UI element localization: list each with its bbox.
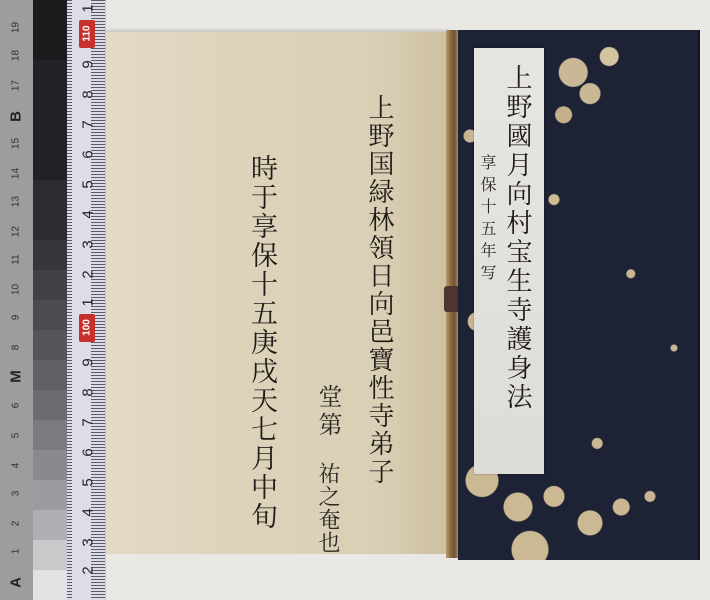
cover-subtitle: 享保十五年写 [478, 154, 496, 286]
scale-number: 8 [11, 336, 22, 360]
gray-patch [33, 390, 67, 420]
gray-patch [33, 540, 67, 570]
ruler-number: 6 [80, 444, 97, 462]
gray-patch [33, 0, 67, 60]
ruler-number: 8 [80, 86, 97, 104]
gray-patch [33, 270, 67, 300]
ruler-number: 7 [80, 116, 97, 134]
ruler-number: 4 [80, 504, 97, 522]
inner-page: 上野国緑林領日向邑寶性寺弟子 時于享保十五庚戌天七月中旬 堂第 祐之奄也 [106, 32, 450, 554]
bound-manuscript: 上野国緑林領日向邑寶性寺弟子 時于享保十五庚戌天七月中旬 堂第 祐之奄也 上野國… [106, 24, 698, 570]
ruler-number: 6 [80, 146, 97, 164]
scale-number: 14 [11, 162, 22, 186]
ruler-number: 7 [80, 414, 97, 432]
color-calibration-target: 19 18 17 B 15 14 13 12 11 10 9 8 M 6 5 4… [0, 0, 108, 600]
scale-number: 11 [11, 248, 22, 272]
scale-number: 17 [11, 74, 22, 98]
scale-number: 18 [11, 44, 22, 68]
ruler-number: 1 [80, 294, 97, 312]
gray-patch [33, 240, 67, 270]
scale-number: 4 [11, 454, 22, 478]
page-signature-a: 堂第 [314, 384, 342, 440]
scale-number: 5 [11, 424, 22, 448]
scale-number: 10 [11, 278, 22, 302]
ruler-badge-100: 100 [79, 314, 95, 342]
ruler-number: 5 [80, 176, 97, 194]
ruler-number: 5 [80, 474, 97, 492]
gray-scale-label-strip: 19 18 17 B 15 14 13 12 11 10 9 8 M 6 5 4… [0, 0, 33, 600]
ruler-number: 1 [80, 0, 97, 18]
scale-number: 3 [11, 482, 22, 506]
ruler-number: 2 [80, 562, 97, 580]
scale-number: 1 [11, 540, 22, 564]
ruler-number: 9 [80, 354, 97, 372]
gray-step-patches [33, 0, 67, 600]
scale-number: 19 [11, 16, 22, 40]
scale-letter-a: A [8, 569, 25, 597]
scale-letter-m: M [8, 363, 25, 391]
scale-number: 12 [11, 220, 22, 244]
gray-patch [33, 480, 67, 510]
scale-number: 13 [11, 190, 22, 214]
ruler-number: 8 [80, 384, 97, 402]
ruler-ticks-left [67, 0, 72, 600]
gray-patch [33, 330, 67, 360]
scale-number: 15 [11, 132, 22, 156]
scale-number: 9 [11, 306, 22, 330]
scale-number: 6 [11, 394, 22, 418]
scale-letter-b: B [8, 103, 25, 131]
gray-patch [33, 510, 67, 540]
gray-patch [33, 450, 67, 480]
gray-patch [33, 420, 67, 450]
gray-patch [33, 60, 67, 180]
scale-number: 2 [11, 512, 22, 536]
page-signature-b: 祐之奄也 [314, 462, 340, 554]
page-line-date: 時于享保十五庚戌天七月中旬 [246, 154, 276, 531]
page-line-temple-disciple: 上野国緑林領日向邑寶性寺弟子 [364, 94, 394, 486]
ruler-number: 3 [80, 236, 97, 254]
measuring-ruler: 1 110 9 8 7 6 5 4 3 2 1 100 9 8 7 6 5 4 … [67, 0, 106, 600]
ruler-number: 3 [80, 534, 97, 552]
ruler-number: 9 [80, 56, 97, 74]
gray-patch [33, 570, 67, 600]
gray-patch [33, 360, 67, 390]
gray-patch [33, 300, 67, 330]
ruler-number: 4 [80, 206, 97, 224]
title-slip: 上野國月向村宝生寺護身法 享保十五年写 [474, 48, 544, 474]
ruler-number: 2 [80, 266, 97, 284]
gray-patch [33, 180, 67, 240]
cover-main-title: 上野國月向村宝生寺護身法 [502, 64, 532, 412]
ruler-badge-110: 110 [79, 20, 95, 48]
